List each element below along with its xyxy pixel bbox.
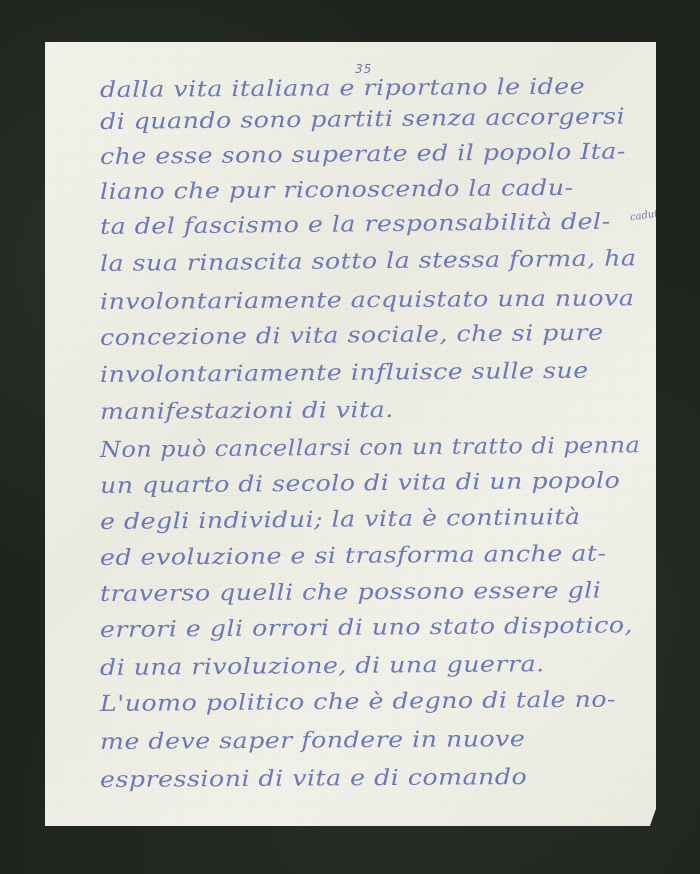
- text-line: ta del fascismo e la responsabilità del-: [100, 210, 611, 240]
- text-line: di una rivoluzione, di una guerra.: [100, 652, 545, 681]
- text-line: concezione di vita sociale, che si pure: [100, 321, 604, 351]
- text-line: liano che pur riconoscendo la cadu-: [100, 176, 574, 205]
- text-line: L'uomo politico che è degno di tale no-: [100, 687, 616, 717]
- text-line: dalla vita italiana e riportano le idee: [100, 75, 585, 103]
- text-line: manifestazioni di vita.: [100, 398, 394, 425]
- text-line: e degli individui; la vita è continuità: [100, 505, 581, 535]
- text-line: involontariamente influisce sulle sue: [100, 359, 589, 388]
- text-line: espressioni di vita e di comando: [100, 765, 527, 793]
- text-line: errori e gli orrori di uno stato dispoti…: [100, 613, 633, 643]
- text-line: Non può cancellarsi con un tratto di pen…: [100, 433, 640, 463]
- text-line: involontariamente acquistato una nuova: [100, 286, 635, 315]
- text-line: me deve saper fondere in nuove: [100, 727, 526, 755]
- page-number: 35: [355, 62, 372, 76]
- text-line: ed evoluzione e si trasforma anche at-: [100, 542, 607, 571]
- text-line: traverso quelli che possono essere gli: [100, 579, 601, 607]
